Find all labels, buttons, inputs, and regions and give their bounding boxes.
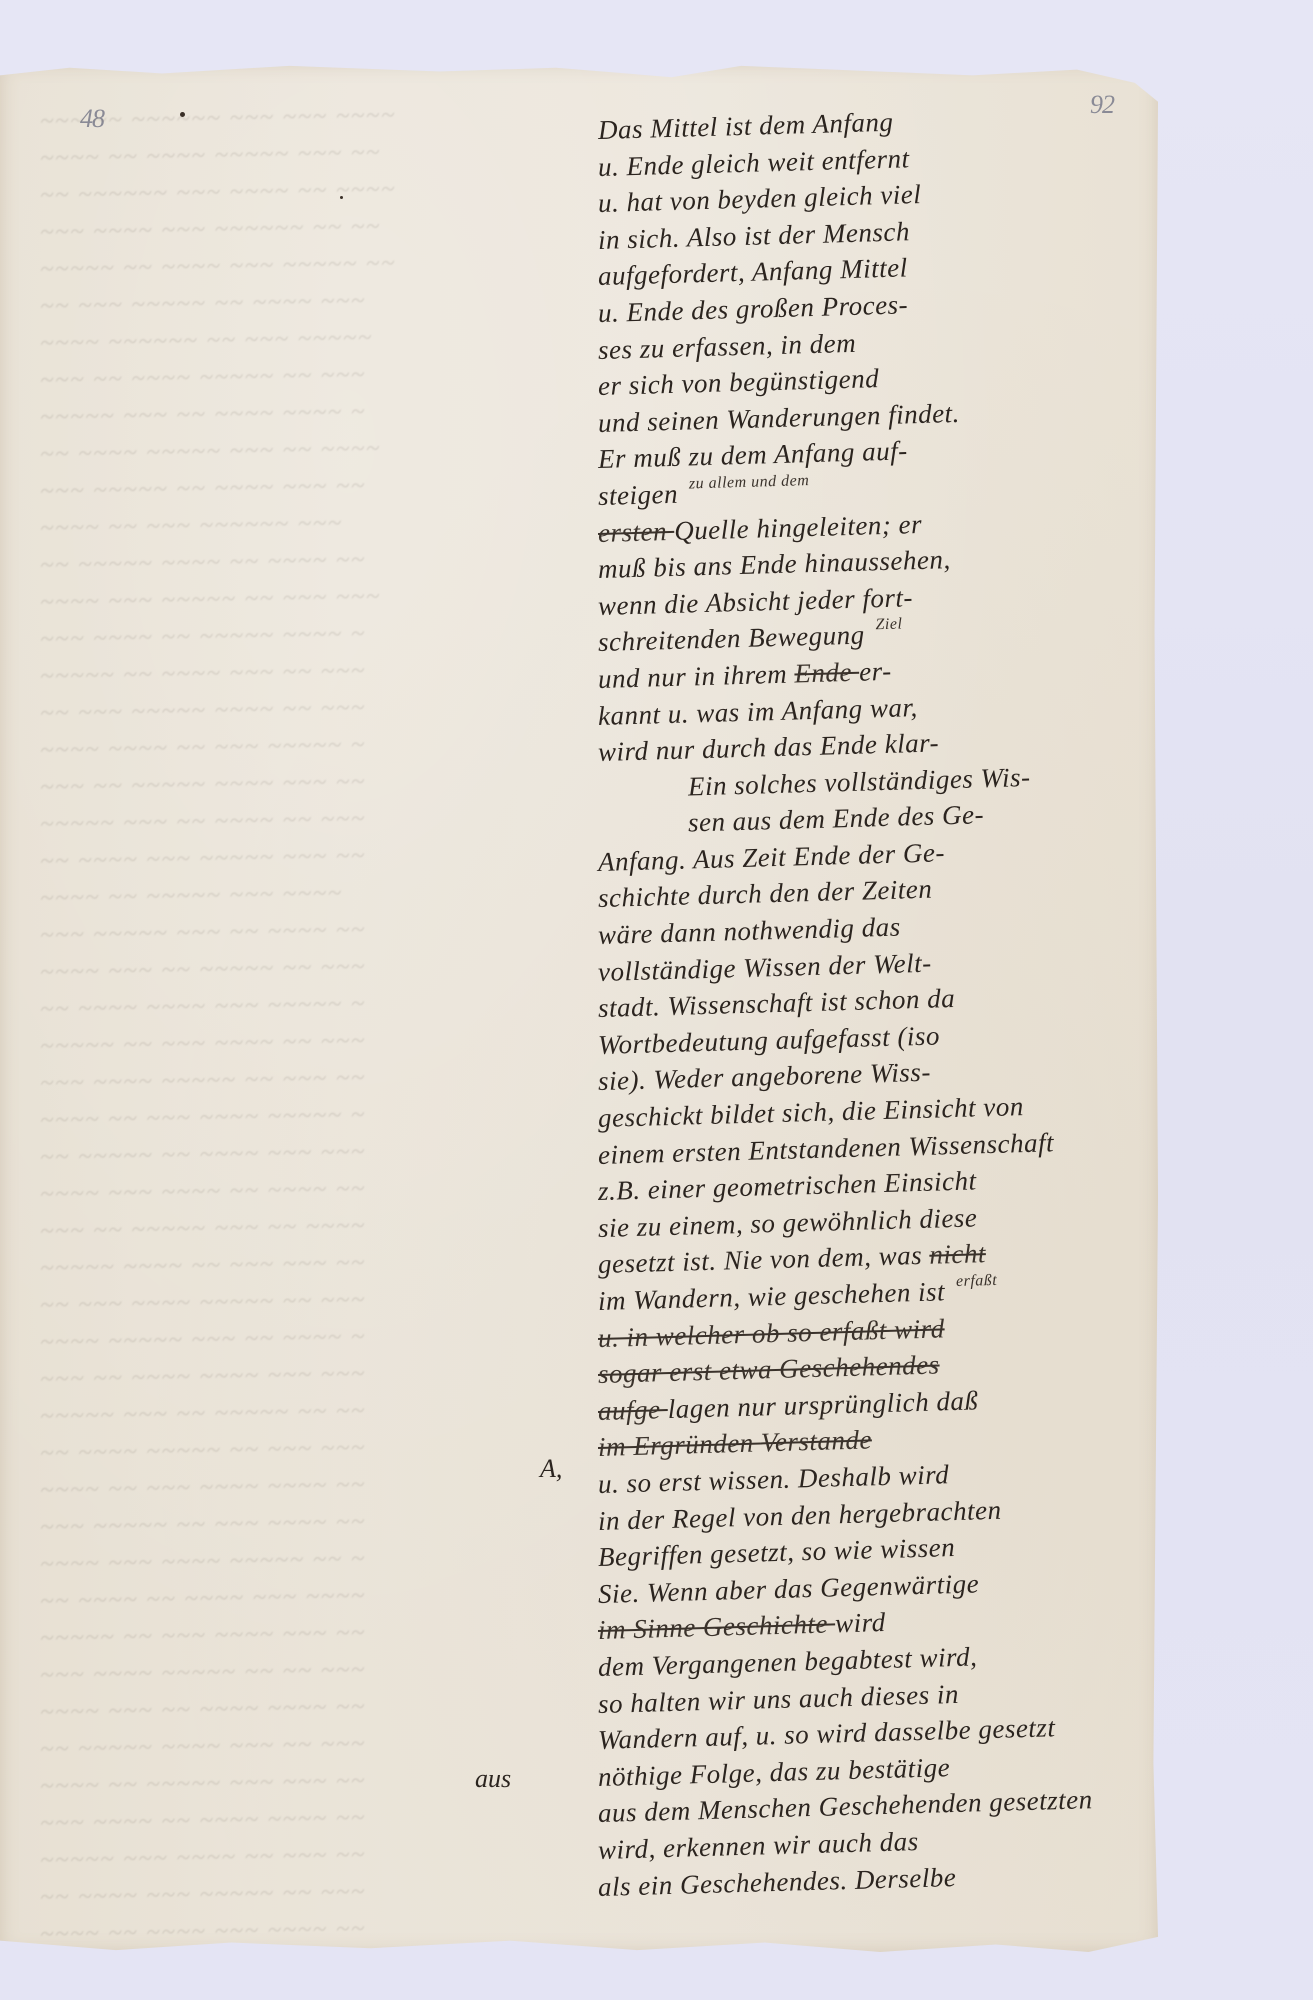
bleed-through-line: ~~~~ ~~ ~~~~ ~~~ ~~~~ ~~ [35,1912,564,1958]
line-text: ses zu erfassen, in dem [598,327,857,364]
line-text: dem Vergangenen begabtest wird, [598,1641,978,1682]
line-text: steigen [598,479,686,511]
line-text: aufgefordert, Anfang Mittel [598,253,908,292]
struck-word: nicht [929,1239,986,1271]
line-text: wird, erkennen wir auch das [598,1826,919,1865]
line-text: lagen nur ursprünglich [667,1386,936,1423]
line-text: gesetzt ist. Nie von dem, was [598,1240,930,1279]
line-text: wird nur durch das Ende klar- [598,728,940,768]
line-text: er sich von begünstigend [598,363,880,401]
line-suffix: wird [835,1607,886,1638]
line-text: muß bis ans Ende hinaussehen, [598,544,951,584]
scan-background: 48 92 ~~~ ~~ ~~~~~~ ~~~ ~~~ ~~~~~~~~ ~~ … [0,0,1313,2000]
line-text: wenn die Absicht jeder fort- [598,582,914,621]
line-text: vollständige Wissen der Welt- [598,947,932,986]
struck-word: aufge [598,1394,669,1426]
struck-text: im Ergründen [598,1428,762,1463]
struck-text: u. in welcher ob so erfaßt wird [598,1313,945,1353]
line-text: u. so erst wissen. Deshalb wird [598,1459,950,1499]
struck-text: Ende [794,657,860,689]
line-text: Ein solches vollständiges Wis- [688,762,1031,802]
line-text: u. Ende gleich weit entfernt [598,143,910,182]
line-text: im Wandern, wie geschehen ist [598,1276,953,1316]
margin-note-aus: aus [475,1764,511,1794]
line-text: kannt u. was im Anfang war, [598,692,918,731]
struck-text: Verstande [761,1425,873,1458]
line-text: in sich. Also ist der Mensch [598,216,911,255]
line-text: schreitenden Bewegung [598,620,873,658]
line-text: stadt. Wissenschaft ist schon da [598,983,956,1023]
line-text: schichte durch den der Zeiten [598,874,933,913]
line-suffix: er- [859,656,892,687]
line-text: Das Mittel ist dem Anfang [598,107,894,145]
ink-speck [340,196,343,199]
interlinear-insertion: zu allem und dem [689,472,810,492]
struck-text: etwa Geschehendes [719,1350,940,1386]
line-text: sie). Weder angeborene Wiss- [598,1057,932,1096]
manuscript-sheet: 48 92 ~~~ ~~ ~~~~~~ ~~~ ~~~ ~~~~~~~~ ~~ … [0,64,1158,1952]
margin-mark-a: A, [540,1454,562,1484]
line-text: als ein Geschehendes. Derselbe [598,1861,957,1901]
line-suffix: daß [936,1385,979,1416]
line-text: Er muß zu dem Anfang auf- [598,436,908,475]
line-text: u. hat von beyden gleich viel [598,179,922,218]
line-text: Quelle hingeleiten; er [674,508,923,545]
struck-word: ersten [598,515,675,547]
handwritten-text-column: Das Mittel ist dem Anfang u. Ende gleich… [598,112,1146,1905]
line-text: Begriffen gesetzt, so wie wissen [598,1532,956,1572]
bleed-through-text: ~~~ ~~ ~~~~~~ ~~~ ~~~ ~~~~~~~~ ~~ ~~~~ ~… [40,104,560,1954]
ink-speck [180,112,185,117]
struck-text: im Sinne Geschichte [598,1609,836,1646]
line-text: und nur in ihrem [598,658,795,693]
struck-text: sogar erst [598,1356,720,1389]
interlinear-insertion: Ziel [875,616,902,634]
line-text: wäre dann nothwendig das [598,912,901,950]
line-text: sen aus dem Ende des Ge- [688,800,985,838]
line-text: u. Ende des großen Proces- [598,289,909,328]
interlinear-insertion: erfaßt [956,1272,998,1290]
